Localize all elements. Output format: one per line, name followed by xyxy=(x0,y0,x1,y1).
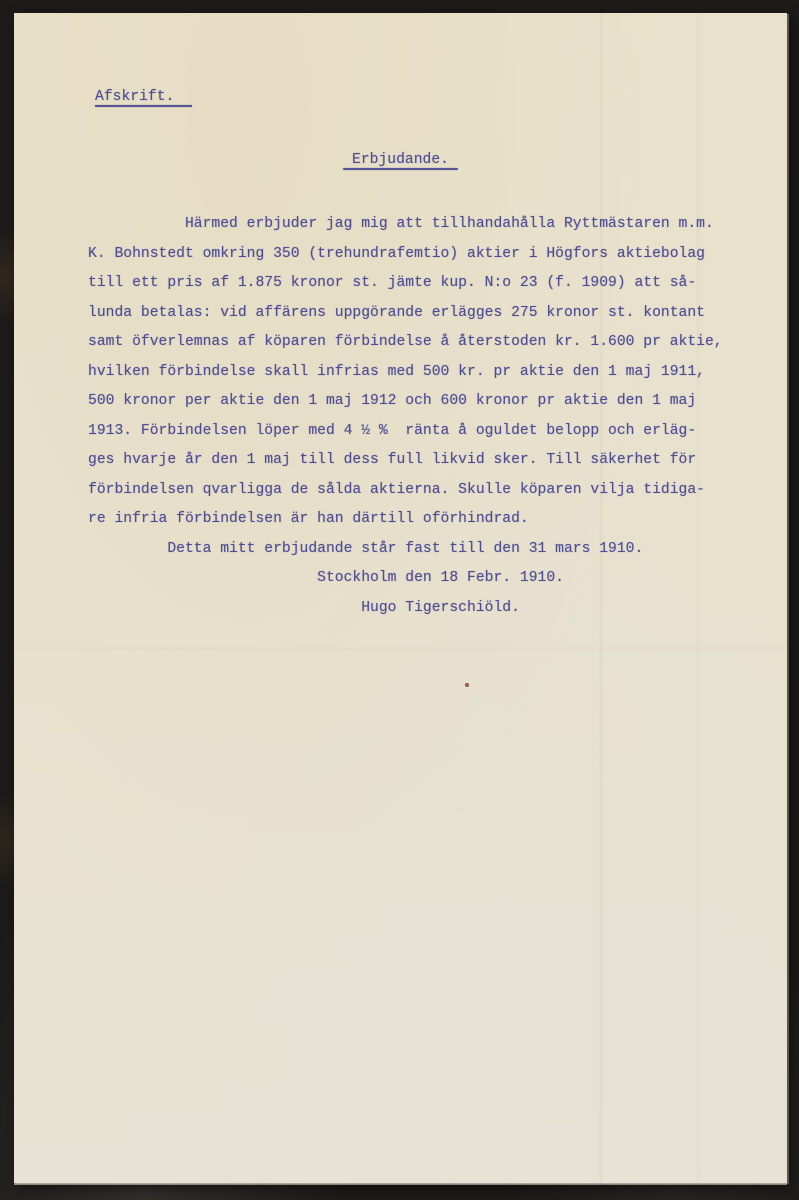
body-line: 1913. Förbindelsen löper med 4 ½ % ränta… xyxy=(88,417,748,447)
document-page: Afskrift. Erbjudande. Härmed erbjuder ja… xyxy=(14,13,787,1183)
body-line: ges hvarje år den 1 maj till dess full l… xyxy=(88,446,748,476)
body-line: till ett pris af 1.875 kronor st. jämte … xyxy=(88,269,748,299)
body-line: hvilken förbindelse skall infrias med 50… xyxy=(88,358,748,388)
photograph-backdrop: Afskrift. Erbjudande. Härmed erbjuder ja… xyxy=(0,0,799,1200)
body-line: lunda betalas: vid affärens uppgörande e… xyxy=(88,299,748,329)
body-line: K. Bohnstedt omkring 350 (trehundrafemti… xyxy=(88,240,748,270)
body-line: Härmed erbjuder jag mig att tillhandahål… xyxy=(88,210,748,240)
body-line: Hugo Tigerschiöld. xyxy=(88,594,748,624)
copy-annotation: Afskrift. xyxy=(95,83,192,113)
body-line: Stockholm den 18 Febr. 1910. xyxy=(88,564,748,594)
ink-speck xyxy=(465,683,469,687)
document-title: Erbjudande. xyxy=(343,152,458,168)
body-line: förbindelsen qvarligga de sålda aktierna… xyxy=(88,476,748,506)
body-line: samt öfverlemnas af köparen förbindelse … xyxy=(88,328,748,358)
body-line: re infria förbindelsen är han därtill of… xyxy=(88,505,748,535)
body-line: Detta mitt erbjudande står fast till den… xyxy=(88,535,748,565)
document-title-row: Erbjudande. xyxy=(14,146,787,176)
body-line: 500 kronor per aktie den 1 maj 1912 och … xyxy=(88,387,748,417)
document-body: Härmed erbjuder jag mig att tillhandahål… xyxy=(88,210,748,623)
